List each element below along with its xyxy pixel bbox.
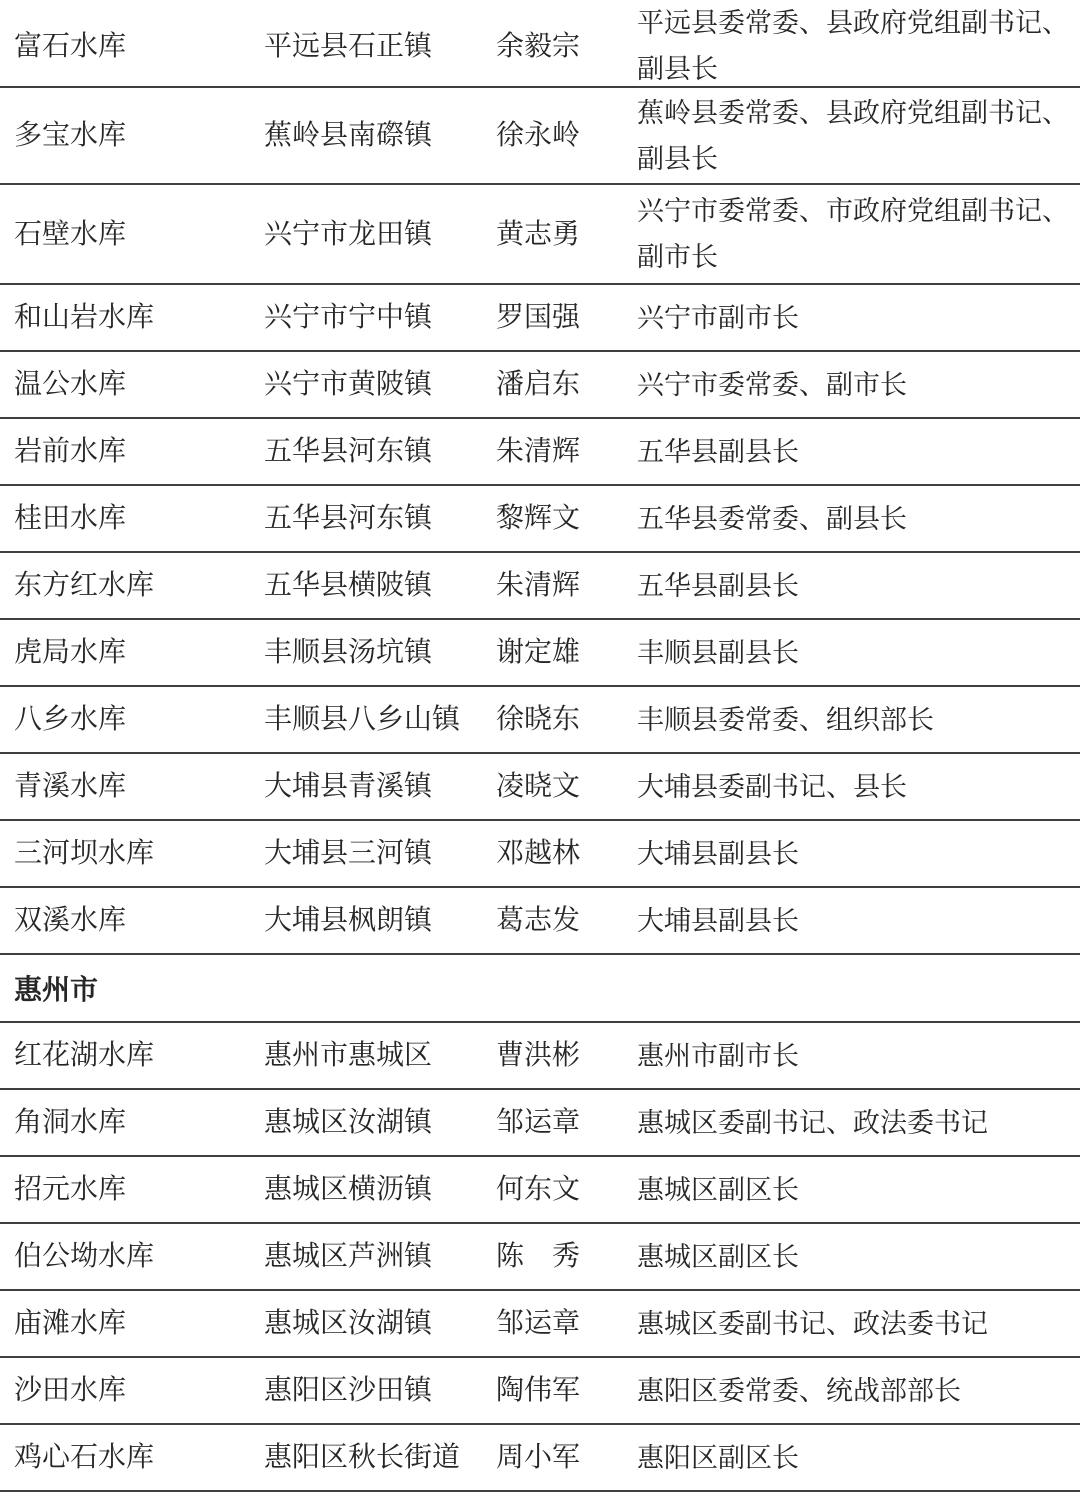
official-name: 周小军	[496, 1440, 637, 1475]
reservoir-location: 惠阳区沙田镇	[264, 1373, 496, 1408]
official-name: 罗国强	[496, 300, 637, 335]
position-line: 惠城区委副书记、政法委书记	[637, 1100, 1068, 1146]
official-position: 平远县委常委、县政府党组副书记、 副县长	[637, 0, 1069, 92]
position-line: 蕉岭县委常委、县政府党组副书记、	[637, 90, 1069, 136]
official-name: 朱清辉	[496, 434, 637, 469]
official-name: 余毅宗	[496, 29, 637, 64]
official-position: 惠城区委副书记、政法委书记	[637, 1301, 1068, 1347]
official-name: 葛志发	[496, 903, 637, 938]
official-position: 兴宁市委常委、市政府党组副书记、 副市长	[637, 188, 1069, 280]
official-position: 五华县副县长	[637, 563, 1068, 609]
reservoir-location: 大埔县枫朗镇	[264, 903, 496, 938]
reservoir-location: 五华县河东镇	[264, 501, 496, 536]
position-line: 惠州市副市长	[637, 1033, 1068, 1079]
official-name: 谢定雄	[496, 635, 637, 670]
position-line: 五华县副县长	[637, 563, 1068, 609]
official-name: 陈 秀	[496, 1239, 637, 1274]
reservoir-location: 兴宁市黄陂镇	[264, 367, 496, 402]
official-position: 兴宁市副市长	[637, 295, 1068, 341]
official-position: 惠城区委副书记、政法委书记	[637, 1100, 1068, 1146]
official-name: 黄志勇	[496, 217, 637, 252]
reservoir-name: 桂田水库	[14, 501, 264, 536]
table-row: 伯公坳水库 惠城区芦洲镇 陈 秀 惠城区副区长	[0, 1224, 1080, 1291]
position-line: 惠城区副区长	[637, 1234, 1068, 1280]
official-name: 邹运章	[496, 1306, 637, 1341]
reservoir-location: 大埔县青溪镇	[264, 769, 496, 804]
reservoir-location: 惠城区汝湖镇	[264, 1105, 496, 1140]
official-position: 五华县委常委、副县长	[637, 496, 1068, 542]
official-name: 潘启东	[496, 367, 637, 402]
reservoir-name: 岩前水库	[14, 434, 264, 469]
official-position: 惠城区副区长	[637, 1167, 1068, 1213]
reservoir-name: 红花湖水库	[14, 1038, 264, 1073]
official-name: 何东文	[496, 1172, 637, 1207]
table-row: 红花湖水库 惠州市惠城区 曹洪彬 惠州市副市长	[0, 1023, 1080, 1090]
position-line: 五华县副县长	[637, 429, 1068, 475]
reservoir-name: 和山岩水库	[14, 300, 264, 335]
table-row: 庙滩水库 惠城区汝湖镇 邹运章 惠城区委副书记、政法委书记	[0, 1291, 1080, 1358]
reservoir-location: 兴宁市宁中镇	[264, 300, 496, 335]
reservoir-location: 丰顺县八乡山镇	[264, 702, 496, 737]
reservoir-name: 多宝水库	[14, 118, 264, 153]
reservoir-location: 五华县横陂镇	[264, 568, 496, 603]
reservoir-location: 蕉岭县南磜镇	[264, 118, 496, 153]
position-line: 丰顺县委常委、组织部长	[637, 697, 1068, 743]
position-line: 兴宁市副市长	[637, 295, 1068, 341]
position-line: 惠城区副区长	[637, 1167, 1068, 1213]
official-name: 凌晓文	[496, 769, 637, 804]
table-row: 招元水库 惠城区横沥镇 何东文 惠城区副区长	[0, 1157, 1080, 1224]
reservoir-name: 沙田水库	[14, 1373, 264, 1408]
reservoir-name: 庙滩水库	[14, 1306, 264, 1341]
table-row: 鸡心石水库 惠阳区秋长街道 周小军 惠阳区副区长	[0, 1425, 1080, 1492]
official-position: 惠城区副区长	[637, 1234, 1068, 1280]
reservoir-name: 石壁水库	[14, 217, 264, 252]
position-line: 兴宁市委常委、副市长	[637, 362, 1068, 408]
section-title: 惠州市	[14, 968, 98, 1008]
official-position: 大埔县副县长	[637, 898, 1068, 944]
position-line: 大埔县委副书记、县长	[637, 764, 1068, 810]
reservoir-location: 惠城区汝湖镇	[264, 1306, 496, 1341]
reservoir-location: 大埔县三河镇	[264, 836, 496, 871]
official-name: 徐晓东	[496, 702, 637, 737]
section-header-row: 惠州市	[0, 955, 1080, 1023]
reservoir-name: 鸡心石水库	[14, 1440, 264, 1475]
official-name: 黎辉文	[496, 501, 637, 536]
position-line: 丰顺县副县长	[637, 630, 1068, 676]
position-line: 副县长	[637, 46, 1069, 92]
reservoir-name: 伯公坳水库	[14, 1239, 264, 1274]
reservoir-name: 招元水库	[14, 1172, 264, 1207]
reservoir-name: 角洞水库	[14, 1105, 264, 1140]
position-line: 平远县委常委、县政府党组副书记、	[637, 0, 1069, 46]
table-row: 温公水库 兴宁市黄陂镇 潘启东 兴宁市委常委、副市长	[0, 352, 1080, 419]
reservoir-name: 青溪水库	[14, 769, 264, 804]
official-position: 大埔县委副书记、县长	[637, 764, 1068, 810]
reservoir-officials-table: 富石水库 平远县石正镇 余毅宗 平远县委常委、县政府党组副书记、 副县长 多宝水…	[0, 0, 1080, 1492]
position-line: 大埔县副县长	[637, 831, 1068, 877]
reservoir-name: 东方红水库	[14, 568, 264, 603]
table-row: 虎局水库 丰顺县汤坑镇 谢定雄 丰顺县副县长	[0, 620, 1080, 687]
official-position: 蕉岭县委常委、县政府党组副书记、 副县长	[637, 90, 1069, 182]
table-row: 和山岩水库 兴宁市宁中镇 罗国强 兴宁市副市长	[0, 285, 1080, 352]
official-position: 五华县副县长	[637, 429, 1068, 475]
table-row: 多宝水库 蕉岭县南磜镇 徐永岭 蕉岭县委常委、县政府党组副书记、 副县长	[0, 88, 1080, 185]
table-row: 石壁水库 兴宁市龙田镇 黄志勇 兴宁市委常委、市政府党组副书记、 副市长	[0, 185, 1080, 285]
reservoir-location: 惠城区芦洲镇	[264, 1239, 496, 1274]
reservoir-location: 惠州市惠城区	[264, 1038, 496, 1073]
official-name: 曹洪彬	[496, 1038, 637, 1073]
table-row: 双溪水库 大埔县枫朗镇 葛志发 大埔县副县长	[0, 888, 1080, 955]
position-line: 惠城区委副书记、政法委书记	[637, 1301, 1068, 1347]
official-position: 丰顺县委常委、组织部长	[637, 697, 1068, 743]
reservoir-name: 双溪水库	[14, 903, 264, 938]
reservoir-location: 惠城区横沥镇	[264, 1172, 496, 1207]
reservoir-name: 三河坝水库	[14, 836, 264, 871]
official-name: 朱清辉	[496, 568, 637, 603]
reservoir-location: 惠阳区秋长街道	[264, 1440, 496, 1475]
reservoir-location: 丰顺县汤坑镇	[264, 635, 496, 670]
table-row: 沙田水库 惠阳区沙田镇 陶伟军 惠阳区委常委、统战部部长	[0, 1358, 1080, 1425]
official-name: 徐永岭	[496, 118, 637, 153]
position-line: 惠阳区副区长	[637, 1435, 1068, 1481]
table-row: 岩前水库 五华县河东镇 朱清辉 五华县副县长	[0, 419, 1080, 486]
official-position: 惠州市副市长	[637, 1033, 1068, 1079]
position-line: 副县长	[637, 136, 1069, 182]
table-row: 桂田水库 五华县河东镇 黎辉文 五华县委常委、副县长	[0, 486, 1080, 553]
position-line: 大埔县副县长	[637, 898, 1068, 944]
table-row: 角洞水库 惠城区汝湖镇 邹运章 惠城区委副书记、政法委书记	[0, 1090, 1080, 1157]
official-position: 惠阳区副区长	[637, 1435, 1068, 1481]
reservoir-location: 平远县石正镇	[264, 29, 496, 64]
reservoir-name: 八乡水库	[14, 702, 264, 737]
official-name: 陶伟军	[496, 1373, 637, 1408]
table-row: 东方红水库 五华县横陂镇 朱清辉 五华县副县长	[0, 553, 1080, 620]
position-line: 兴宁市委常委、市政府党组副书记、	[637, 188, 1069, 234]
reservoir-location: 兴宁市龙田镇	[264, 217, 496, 252]
official-position: 兴宁市委常委、副市长	[637, 362, 1068, 408]
position-line: 五华县委常委、副县长	[637, 496, 1068, 542]
reservoir-name: 富石水库	[14, 29, 264, 64]
reservoir-name: 虎局水库	[14, 635, 264, 670]
official-name: 邓越林	[496, 836, 637, 871]
table-row: 三河坝水库 大埔县三河镇 邓越林 大埔县副县长	[0, 821, 1080, 888]
table-row: 富石水库 平远县石正镇 余毅宗 平远县委常委、县政府党组副书记、 副县长	[0, 0, 1080, 88]
official-name: 邹运章	[496, 1105, 637, 1140]
position-line: 惠阳区委常委、统战部部长	[637, 1368, 1068, 1414]
reservoir-location: 五华县河东镇	[264, 434, 496, 469]
table-row: 八乡水库 丰顺县八乡山镇 徐晓东 丰顺县委常委、组织部长	[0, 687, 1080, 754]
official-position: 丰顺县副县长	[637, 630, 1068, 676]
official-position: 惠阳区委常委、统战部部长	[637, 1368, 1068, 1414]
table-row: 青溪水库 大埔县青溪镇 凌晓文 大埔县委副书记、县长	[0, 754, 1080, 821]
position-line: 副市长	[637, 234, 1069, 280]
official-position: 大埔县副县长	[637, 831, 1068, 877]
reservoir-name: 温公水库	[14, 367, 264, 402]
